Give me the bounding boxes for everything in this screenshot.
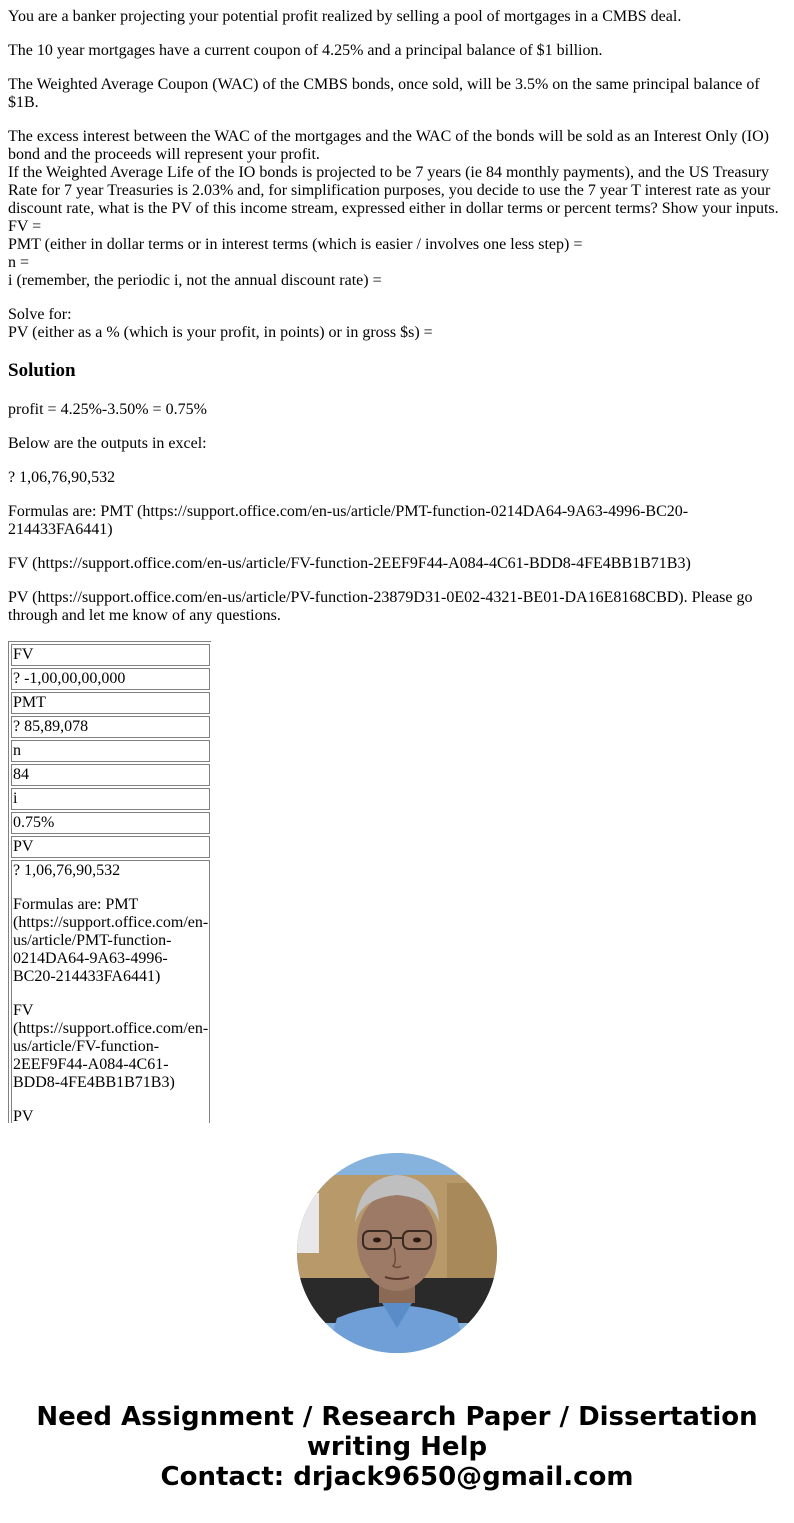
solution-formula-pmt: Formulas are: PMT (https://support.offic… [8,503,786,539]
excel-label-n: n [11,740,210,762]
banner-contact-email: Contact: drjack9650@gmail.com [0,1462,794,1492]
solution-excel-intro: Below are the outputs in excel: [8,435,786,453]
excel-group-fv: FV ? -1,00,00,00,000 [11,644,210,690]
excel-value-i: 0.75% [11,812,210,834]
solution-formula-fv: FV (https://support.office.com/en-us/art… [8,555,786,573]
excel-note-pmt: Formulas are: PMT (https://support.offic… [13,896,208,986]
question-intro: You are a banker projecting your potenti… [8,8,786,26]
solution-pv-result: ? 1,06,76,90,532 [8,469,786,487]
excel-group-pmt: PMT ? 85,89,078 [11,692,210,738]
banner-line-2: writing Help [0,1432,794,1462]
excel-value-fv: ? -1,00,00,00,000 [11,668,210,690]
table-row: ? 1,06,76,90,532 Formulas are: PMT (http… [11,860,210,1123]
solve-for-label: Solve for: [8,306,786,324]
solution-formula-pv: PV (https://support.office.com/en-us/art… [8,589,786,625]
solve-for-pv: PV (either as a % (which is your profit,… [8,324,786,342]
question-wal: If the Weighted Average Life of the IO b… [8,164,786,218]
question-excess: The excess interest between the WAC of t… [8,128,786,164]
excel-label-pv: PV [11,836,210,858]
excel-value-pv-cell: ? 1,06,76,90,532 Formulas are: PMT (http… [11,860,210,1123]
contact-banner: Need Assignment / Research Paper / Disse… [0,1402,794,1492]
excel-label-fv: FV [11,644,210,666]
table-row: PMT [11,692,210,714]
table-row: n [11,740,210,762]
excel-group-pv: PV ? 1,06,76,90,532 Formulas are: PMT (h… [11,836,210,1123]
table-row: ? 85,89,078 [11,716,210,738]
solution-profit: profit = 4.25%-3.50% = 0.75% [8,401,786,419]
table-row: FV [11,644,210,666]
solution-heading: Solution [8,360,786,382]
input-fv: FV = [8,218,786,236]
question-block: You are a banker projecting your potenti… [8,8,786,342]
banner-line-1: Need Assignment / Research Paper / Disse… [0,1402,794,1432]
excel-label-pmt: PMT [11,692,210,714]
document-body: You are a banker projecting your potenti… [8,8,786,641]
excel-output-table: FV ? -1,00,00,00,000 PMT ? 85,89,078 n 8… [8,641,211,1123]
excel-output-table-container: FV ? -1,00,00,00,000 PMT ? 85,89,078 n 8… [8,641,211,1123]
table-row: i [11,788,210,810]
input-n: n = [8,254,786,272]
excel-value-pmt: ? 85,89,078 [11,716,210,738]
question-mortgages: The 10 year mortgages have a current cou… [8,42,786,60]
input-pmt: PMT (either in dollar terms or in intere… [8,236,786,254]
table-row: PV [11,836,210,858]
input-i: i (remember, the periodic i, not the ann… [8,272,786,290]
excel-note-fv: FV (https://support.office.com/en-us/art… [13,1002,208,1092]
table-row: 0.75% [11,812,210,834]
table-row: 84 [11,764,210,786]
question-wac: The Weighted Average Coupon (WAC) of the… [8,76,786,112]
excel-group-n: n 84 [11,740,210,786]
excel-value-n: 84 [11,764,210,786]
excel-label-i: i [11,788,210,810]
person-portrait-icon [297,1153,497,1353]
author-avatar [297,1153,497,1353]
excel-note-pv: PV (https://support.office.com/en-us/art… [13,1108,208,1123]
excel-group-i: i 0.75% [11,788,210,834]
excel-value-pv: ? 1,06,76,90,532 [13,862,208,880]
table-row: ? -1,00,00,00,000 [11,668,210,690]
